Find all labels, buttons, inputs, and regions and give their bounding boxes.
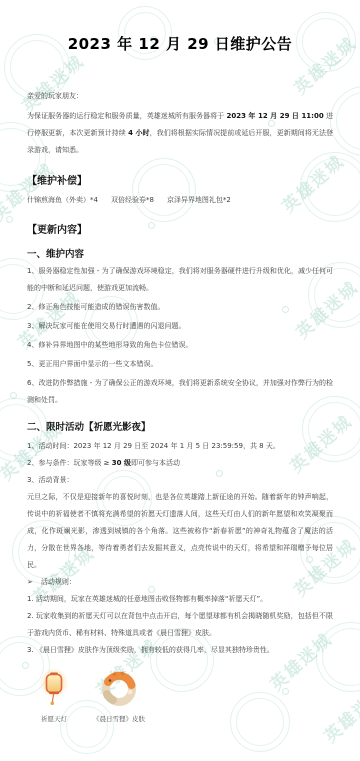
event-rule: 2. 玩家收集到的祈愿天灯可以在背包中点击开启，每个愿望球都有机会揭晓随机奖励，… [27,608,333,642]
event-time: 1、活动时间：2023 年 12 月 29 日至 2024 年 1 月 5 日 … [27,438,333,455]
event-background-label: 3、活动背景： [27,472,333,489]
arrow-bullet-icon: ➢ [27,574,33,591]
maintenance-item: 6、改进防作弊措施 - 为了确保公正的游戏环境，我们将更新系统安全协议，并加强对… [27,375,333,409]
maintenance-datetime: 2023 年 12 月 29 日 11:00 [226,112,323,120]
reward-caption: 《晨日雪狸》皮肤 [93,714,145,723]
fox-ring-skin-icon [99,668,139,708]
intro-text: 为保证服务器的运行稳定和服务质量，英雄迷城所有服务器将于 [27,112,226,120]
maintenance-item-list: 1、服务器稳定性加强 - 为了确保游戏环境稳定，我们将对服务器硬件进行升级和优化… [27,263,333,409]
reward-fox-skin: 《晨日雪狸》皮肤 [93,668,145,723]
event-rules-label: ➢活动规则： [27,574,333,591]
greeting: 亲爱的玩家朋友： [27,91,333,101]
event-condition: 2、参与条件：玩家等级 ≥ 30 级即可参与本活动 [27,455,333,472]
compensation-header: 【维护补偿】 [27,172,333,187]
section1-title: 一、维护内容 [27,246,333,260]
event-details: 1、活动时间：2023 年 12 月 29 日至 2024 年 1 月 5 日 … [27,438,333,659]
maintenance-item: 4、修补异界地图中的某些地形导致的角色卡位错误。 [27,337,333,354]
condition-text: 2、参与条件：玩家等级 ≥ [27,459,112,467]
compensation-item: 双倍经验券*8 [111,195,154,205]
maintenance-duration: 4 小时 [128,129,149,137]
compensation-items: 什锦煎海鱼（外卖）*4 双倍经验券*8 京泽异界地图礼包*2 [27,195,333,205]
reward-caption: 祈愿天灯 [41,714,67,723]
maintenance-item: 2、修正角色技能可能造成的错误伤害数值。 [27,299,333,316]
section2-title: 二、限时活动【祈愿光影夜】 [27,419,333,433]
page-title: 2023 年 12 月 29 日维护公告 [27,0,333,54]
reward-lantern: 祈愿天灯 [39,668,69,723]
maintenance-item: 1、服务器稳定性加强 - 为了确保游戏环境稳定，我们将对服务器硬件进行升级和优化… [27,263,333,297]
maintenance-item: 3、解决玩家可能在使用交易行时遭遇的闪退问题。 [27,318,333,335]
update-content-header: 【更新内容】 [27,221,333,236]
announcement-page: 2023 年 12 月 29 日维护公告 亲爱的玩家朋友： 为保证服务器的运行稳… [0,0,360,723]
event-rule: 3. 《晨日雪狸》皮肤作为顶级奖励，拥有较低的获得几率，尽显其独特珍贵性。 [27,642,333,659]
event-rule: 1. 活动期间，玩家在英雄迷城的任意地图击败怪物都有概率掉落“祈愿天灯”。 [27,591,333,608]
intro-paragraph: 为保证服务器的运行稳定和服务质量，英雄迷城所有服务器将于 2023 年 12 月… [27,108,333,159]
reward-showcase: 祈愿天灯 《晨日雪狸》皮肤 [39,668,333,723]
compensation-item: 京泽异界地图礼包*2 [167,195,231,205]
compensation-item: 什锦煎海鱼（外卖）*4 [27,195,98,205]
sky-lantern-icon [39,668,69,708]
rules-label-text: 活动规则： [41,578,76,586]
maintenance-item: 5、更正用户界面中显示的一些文本错误。 [27,356,333,373]
event-background-text: 元旦之际，不仅是迎接新年的喜悦时刻，也是各位英雄踏上新征途的开始。随着新年的钟声… [27,489,333,574]
condition-level: 30 级 [112,459,131,467]
condition-text: 即可参与本活动 [131,459,180,467]
